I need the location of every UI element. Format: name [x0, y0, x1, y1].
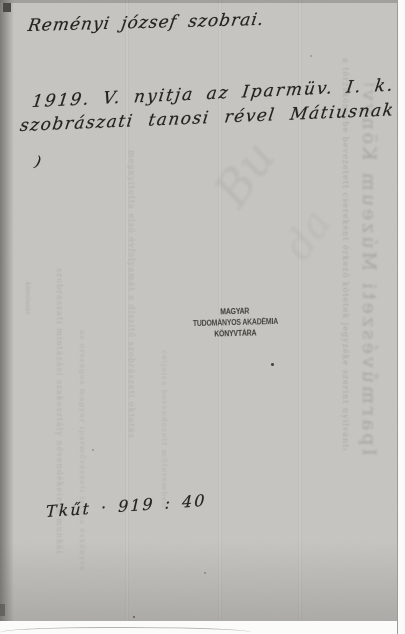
paper-speck — [133, 616, 135, 618]
handwritten-paren-mark: ) — [33, 152, 42, 171]
bleedthrough-column: szobrászati mintázási szakosztály növend… — [55, 268, 64, 568]
gutter-shadow — [0, 0, 14, 621]
top-edge-shadow — [0, 0, 397, 3]
bleedthrough-tiny-text: kimutatás — [24, 282, 32, 352]
paper-page: Iparművészeti Múzeum Könyvtárából a törz… — [0, 0, 397, 621]
edge-mark — [0, 604, 5, 616]
ink-dot — [271, 363, 274, 366]
paper-speck — [204, 572, 206, 574]
library-stamp: MAGYAR TUDOMÁNYOS AKADÉMIA KÖNYVTÁRA — [186, 305, 285, 341]
scan-margin-right — [397, 0, 405, 634]
paper-speck — [92, 449, 94, 451]
bleedthrough-column: céljaira berendezett műteremben — [160, 350, 169, 570]
bleedthrough-handwriting-flourish: Bu — [203, 131, 287, 217]
paper-speck — [310, 55, 312, 57]
bottom-shading — [0, 540, 397, 621]
handwritten-owner-line: Reményi józsef szobrai. — [26, 10, 265, 36]
stamp-line-3: KÖNYVTÁRA — [193, 327, 278, 340]
bleedthrough-text-large: Iparművészeti Múzeum Könyvtárából — [358, 84, 380, 456]
bleedthrough-handwriting-flourish: da — [275, 202, 341, 269]
corner-mark — [3, 3, 11, 12]
scanned-page: Iparművészeti Múzeum Könyvtárából a törz… — [0, 0, 405, 634]
